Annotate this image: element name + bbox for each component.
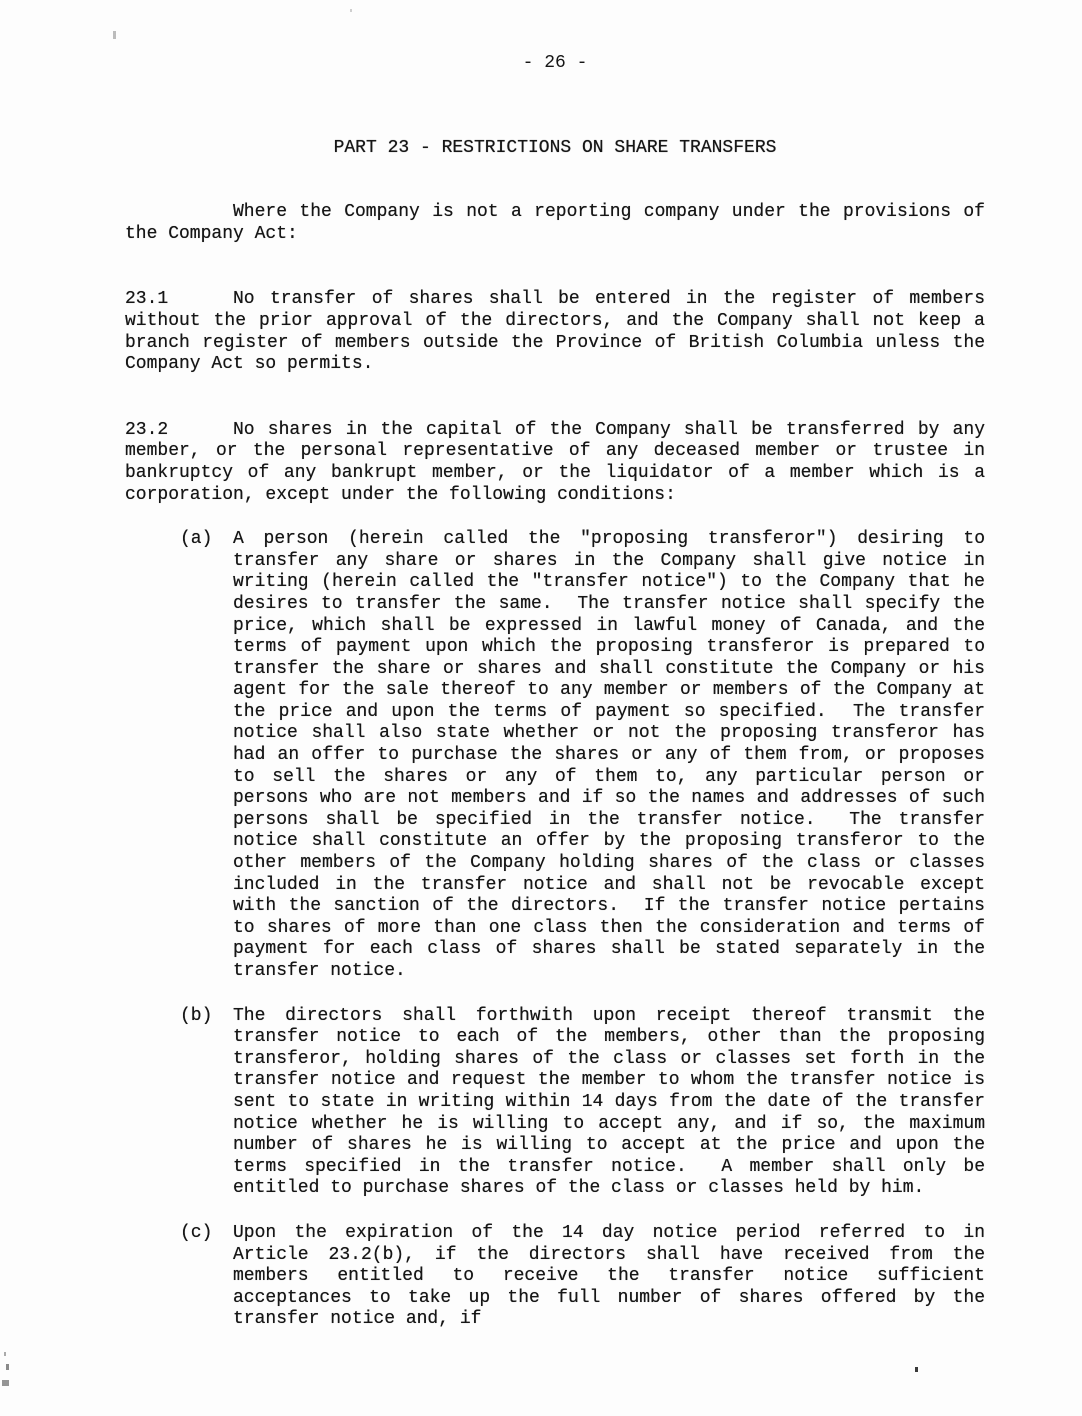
subsection-c: (c)Upon the expiration of the 14 day not… <box>125 1223 985 1331</box>
subsection-a-label: (a) <box>180 529 212 551</box>
page-content: - 26 - PART 23 - RESTRICTIONS ON SHARE T… <box>125 0 985 1331</box>
scan-artifact <box>113 31 116 39</box>
section-23-2-number: 23.2 <box>125 420 233 442</box>
section-23-1: 23.1No transfer of shares shall be enter… <box>125 289 985 375</box>
section-23-2-text: No shares in the capital of the Company … <box>125 420 996 505</box>
subsection-b-text: The directors shall forthwith upon recei… <box>233 1006 996 1199</box>
section-23-1-number: 23.1 <box>125 289 233 311</box>
subsection-a-text: A person (herein called the "proposing t… <box>233 529 996 981</box>
subsection-b-label: (b) <box>180 1006 212 1028</box>
subsection-b: (b)The directors shall forthwith upon re… <box>125 1006 985 1200</box>
subsection-c-label: (c) <box>180 1223 212 1245</box>
page-number: - 26 - <box>125 0 985 75</box>
subsection-a: (a)A person (herein called the "proposin… <box>125 529 985 982</box>
subsection-c-text: Upon the expiration of the 14 day notice… <box>233 1223 996 1329</box>
scan-artifact <box>4 1352 6 1356</box>
intro-paragraph: Where the Company is not a reporting com… <box>125 202 985 245</box>
document-page: - 26 - PART 23 - RESTRICTIONS ON SHARE T… <box>0 0 1082 1416</box>
section-23-1-text: No transfer of shares shall be entered i… <box>125 289 996 374</box>
section-23-2: 23.2No shares in the capital of the Comp… <box>125 420 985 506</box>
scan-artifact <box>915 1367 918 1372</box>
scan-artifact <box>6 1364 9 1370</box>
part-23-heading: PART 23 - RESTRICTIONS ON SHARE TRANSFER… <box>125 138 985 160</box>
scan-artifact <box>2 1380 9 1386</box>
